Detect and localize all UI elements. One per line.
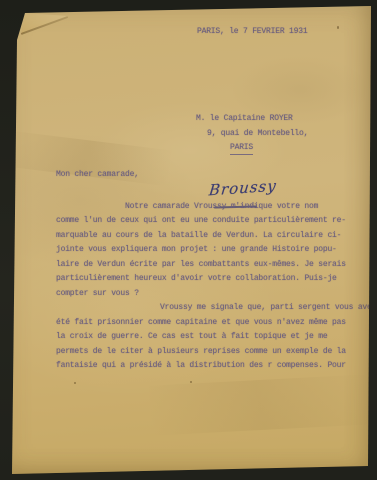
body-line: Notre camarade Vroussy m'indique votre n… bbox=[125, 202, 318, 212]
recipient-street: 9, quai de Montebello, bbox=[207, 129, 308, 139]
scanned-letter: PARIS, le 7 FEVRIER 1931 M. le Capitaine… bbox=[0, 0, 377, 480]
body-line: fantaisie qui a présidé à la distributio… bbox=[56, 361, 346, 371]
body-line: Vroussy me signale que, parti sergent vo… bbox=[160, 303, 376, 313]
paper-wrinkle bbox=[0, 130, 172, 186]
paper-speck bbox=[337, 26, 339, 29]
dateline: PARIS, le 7 FEVRIER 1931 bbox=[197, 27, 307, 37]
body-line: laire de Verdun écrite par les combattan… bbox=[56, 260, 346, 270]
body-line: particulièrement heureux d'avoir votre c… bbox=[56, 274, 337, 284]
paper-speck bbox=[190, 381, 192, 383]
body-line: été fait prisonnier comme capitaine et q… bbox=[56, 318, 346, 328]
body-line: marquable au cours de la bataille de Ver… bbox=[56, 231, 341, 241]
body-line: compter sur vous ? bbox=[56, 289, 139, 299]
body-line: la croix de guerre. Ce cas est tout à fa… bbox=[56, 332, 327, 342]
body-line: jointe vous expliquera mon projet : une … bbox=[56, 245, 337, 255]
salutation: Mon cher camarade, bbox=[56, 170, 139, 180]
body-line: permets de le citer à plusieurs reprises… bbox=[56, 347, 346, 357]
fold-crease bbox=[21, 16, 69, 35]
body-line: comme l'un de ceux qui ont eu une condui… bbox=[56, 216, 346, 226]
letter-paper: PARIS, le 7 FEVRIER 1931 M. le Capitaine… bbox=[0, 0, 377, 480]
paper-speck bbox=[74, 382, 76, 384]
recipient-city: PARIS bbox=[230, 143, 253, 155]
recipient-name: M. le Capitaine ROYER bbox=[196, 114, 293, 124]
paper-wrinkle bbox=[149, 374, 371, 435]
handwritten-underline bbox=[214, 205, 257, 208]
folded-corner bbox=[0, 0, 90, 50]
handwritten-correction: Broussy bbox=[208, 177, 278, 200]
